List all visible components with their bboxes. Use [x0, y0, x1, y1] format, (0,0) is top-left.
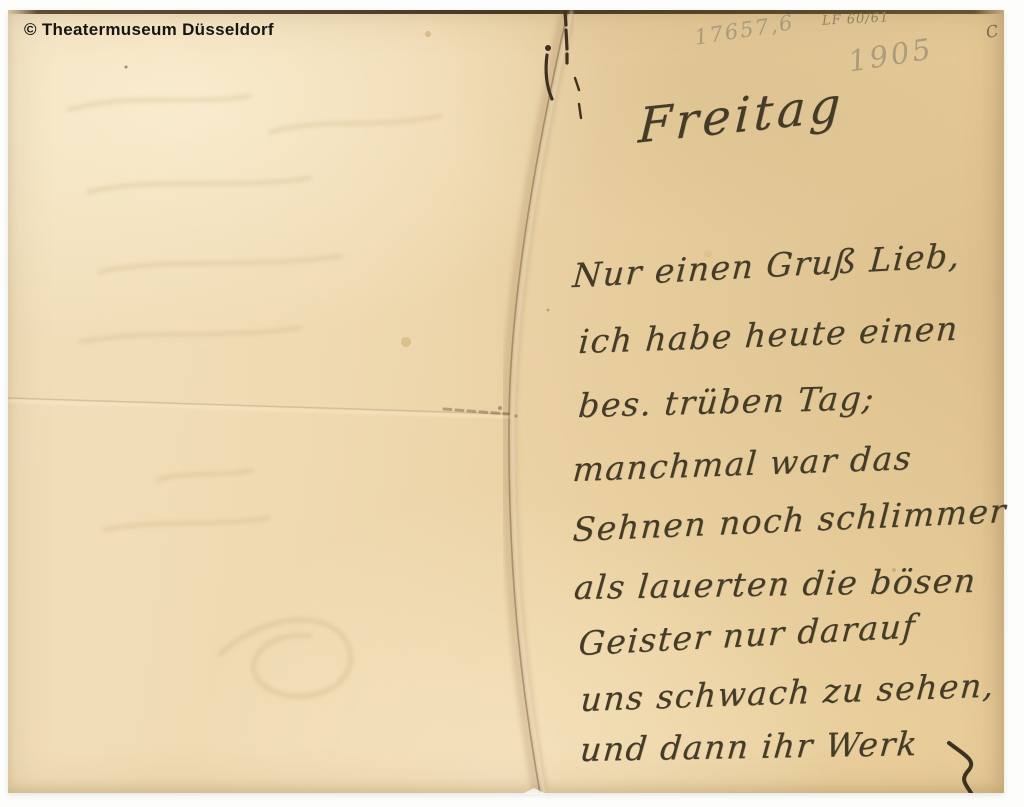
year-annotation: 1905 — [846, 31, 936, 78]
shelfmark-annotation: LF 60/61 — [822, 10, 890, 28]
handwritten-line-7: Geister nur darauf — [577, 606, 917, 663]
handwritten-line-6: als lauerten die bösen — [573, 561, 979, 607]
bleed-through-marks — [68, 96, 440, 530]
bottom-fold-notch — [522, 788, 546, 794]
corner-letter-annotation: C — [984, 21, 1000, 42]
letter-scan-sheet: © Theatermuseum Düsseldorf 17657,6 LF 60… — [8, 10, 1004, 793]
inventory-number-annotation: 17657,6 — [693, 10, 796, 49]
handwritten-line-1: Nur einen Gruß Lieb, — [571, 236, 962, 296]
handwritten-line-4: manchmal war das — [571, 438, 913, 489]
letter-heading: Freitag — [637, 76, 845, 154]
scan-canvas: © Theatermuseum Düsseldorf 17657,6 LF 60… — [0, 0, 1024, 807]
handwritten-line-8: uns schwach zu sehen, — [579, 666, 996, 720]
copyright-watermark: © Theatermuseum Düsseldorf — [24, 20, 274, 40]
bleed-through-flourish — [220, 620, 351, 696]
handwritten-line-9: und dann ihr Werk — [579, 724, 920, 769]
pen-flourish — [949, 743, 974, 793]
handwritten-line-3: bes. trüben Tag; — [577, 378, 877, 425]
ink-blot-marks — [545, 12, 581, 118]
handwritten-line-2: ich habe heute einen — [577, 309, 960, 361]
horizontal-fold-crease — [8, 398, 518, 418]
handwritten-line-5: Sehnen noch schlimmer — [572, 491, 1008, 549]
centre-fold-crease — [509, 10, 572, 793]
